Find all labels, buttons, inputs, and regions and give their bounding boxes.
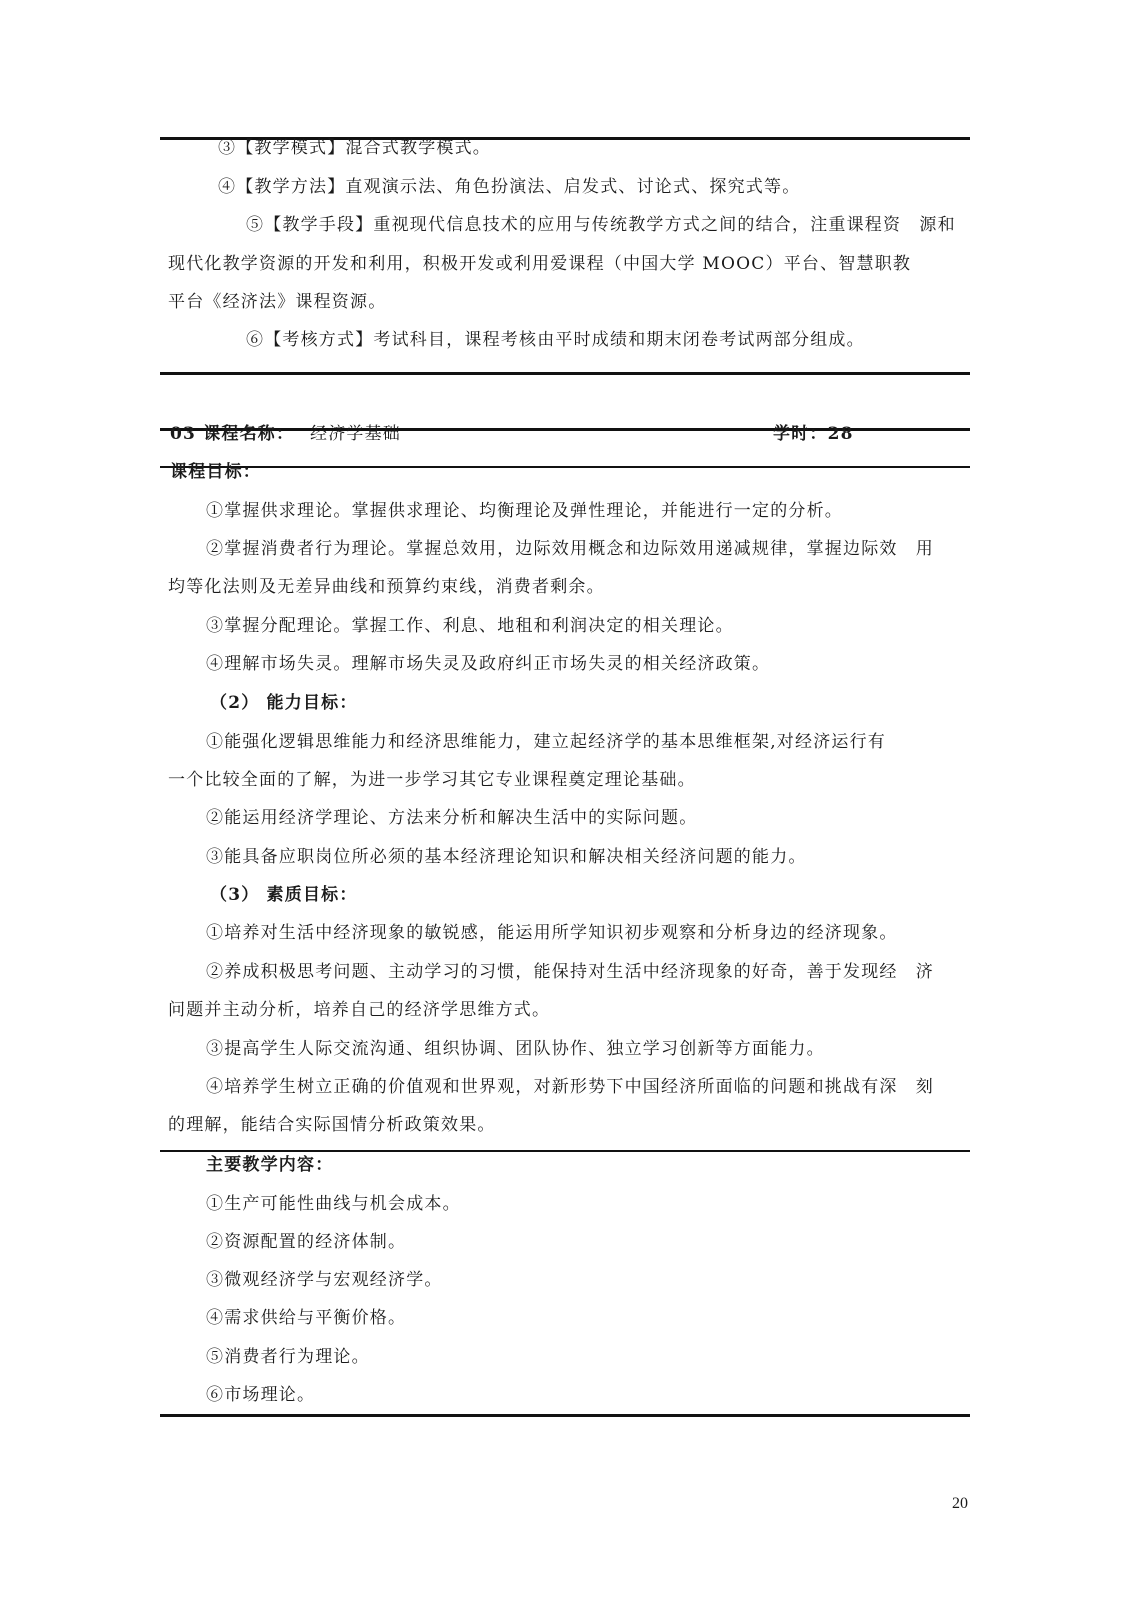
quality-line-4: ④培养学生树立正确的价值观和世界观，对新形势下中国经济所面临的问题和挑战有深 刻: [206, 1075, 934, 1099]
quality-line-4b: 的理解，能结合实际国情分析政策效果。: [168, 1113, 496, 1137]
rule-prev-end: [160, 372, 970, 375]
knowledge-line-2: ②掌握消费者行为理论。掌握总效用，边际效用概念和边际效用递减规律，掌握边际效 用: [206, 537, 934, 561]
quality-heading: （3） 素质目标：: [210, 883, 358, 907]
prev-line-5c: 平台《经济法》课程资源。: [168, 290, 386, 314]
quality-line-1: ①培养对生活中经济现象的敏锐感，能运用所学知识初步观察和分析身边的经济现象。: [206, 921, 898, 945]
page-number: 20: [952, 1495, 968, 1513]
prev-line-5a: ⑤【教学手段】重视现代信息技术的应用与传统教学方式之间的结合，注重课程资 源和: [246, 213, 956, 237]
knowledge-line-4: ④理解市场失灵。理解市场失灵及政府纠正市场失灵的相关经济政策。: [206, 652, 770, 676]
content-line-5: ⑤消费者行为理论。: [206, 1345, 370, 1369]
knowledge-line-3: ③掌握分配理论。掌握工作、利息、地租和利润决定的相关理论。: [206, 614, 734, 638]
ability-line-2: ②能运用经济学理论、方法来分析和解决生活中的实际问题。: [206, 806, 697, 830]
quality-line-2b: 问题并主动分析，培养自己的经济学思维方式。: [168, 998, 550, 1022]
quality-line-3: ③提高学生人际交流沟通、组织协调、团队协作、独立学习创新等方面能力。: [206, 1037, 825, 1061]
quality-line-2: ②养成积极思考问题、主动学习的习惯，能保持对生活中经济现象的好奇，善于发现经 济: [206, 960, 934, 984]
prev-line-6: ⑥【考核方式】考试科目，课程考核由平时成绩和期末闭卷考试两部分组成。: [246, 328, 865, 352]
ability-line-3: ③能具备应职岗位所必须的基本经济理论知识和解决相关经济问题的能力。: [206, 845, 807, 869]
course-hours: 学时：28: [773, 422, 854, 446]
ability-line-1: ①能强化逻辑思维能力和经济思维能力，建立起经济学的基本思维框架,对经济运行有: [206, 730, 886, 754]
prev-line-3: ③【教学模式】混合式教学模式。: [218, 136, 491, 160]
course-name: 经济学基础: [310, 422, 401, 446]
rule-bottom: [160, 1414, 970, 1417]
content-line-6: ⑥市场理论。: [206, 1383, 315, 1407]
ability-heading: （2） 能力目标：: [210, 691, 358, 715]
content-line-2: ②资源配置的经济体制。: [206, 1230, 406, 1254]
prev-line-5b: 现代化教学资源的开发和利用，积极开发或利用爱课程（中国大学 MOOC）平台、智慧…: [168, 252, 911, 276]
rule-course-header-bottom: [160, 466, 970, 468]
course-number-label: 03 课程名称：: [170, 422, 294, 446]
objectives-heading: 课程目标：: [170, 460, 261, 484]
ability-line-1b: 一个比较全面的了解，为进一步学习其它专业课程奠定理论基础。: [168, 768, 696, 792]
content-heading: 主要教学内容：: [206, 1153, 333, 1177]
content-line-1: ①生产可能性曲线与机会成本。: [206, 1192, 461, 1216]
rule-content-top: [160, 1150, 970, 1152]
knowledge-line-1: ①掌握供求理论。掌握供求理论、均衡理论及弹性理论，并能进行一定的分析。: [206, 499, 843, 523]
content-line-3: ③微观经济学与宏观经济学。: [206, 1268, 443, 1292]
content-line-4: ④需求供给与平衡价格。: [206, 1306, 406, 1330]
prev-line-4: ④【教学方法】直观演示法、角色扮演法、启发式、讨论式、探究式等。: [218, 175, 800, 199]
knowledge-line-2b: 均等化法则及无差异曲线和预算约束线，消费者剩余。: [168, 575, 605, 599]
